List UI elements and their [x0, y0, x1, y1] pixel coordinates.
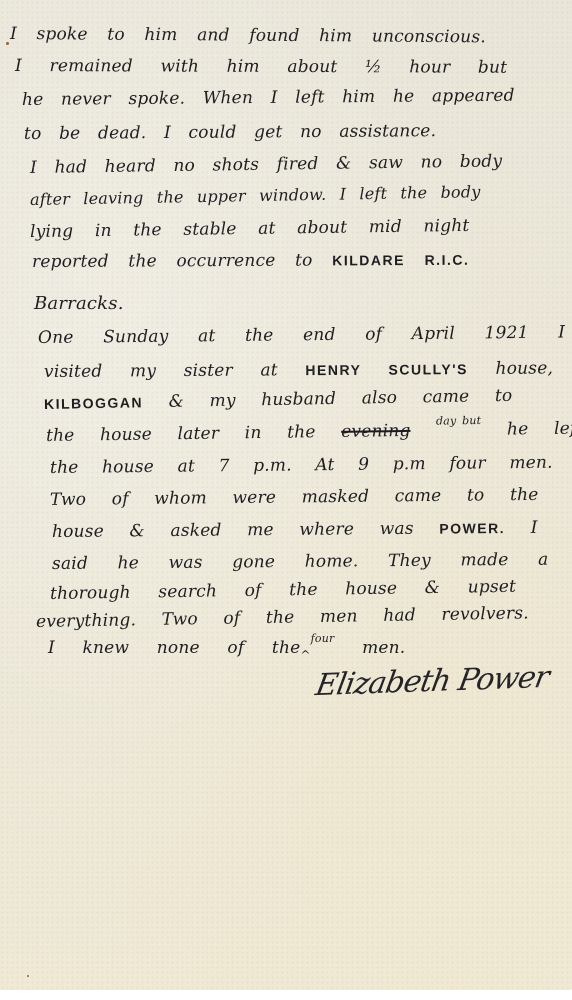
line-text: & my husband also came to — [168, 386, 512, 412]
person-name: POWER. — [439, 520, 505, 537]
statement-line: I knew none of the^four men. — [48, 638, 405, 658]
signature: Elizabeth Power — [313, 660, 552, 703]
statement-line: everything. Two of the men had revolvers… — [36, 603, 529, 632]
statement-line: the house at 7 p.m. At 9 p.m four men. — [50, 453, 553, 478]
statement-line: said he was gone home. They made a — [52, 550, 549, 574]
statement-line: Two of whom were masked came to the — [50, 485, 539, 510]
line-text: visited my sister at — [44, 360, 278, 382]
document-page: I spoke to him and found him unconscious… — [0, 0, 572, 990]
organization-name: R.I.C. — [424, 252, 469, 268]
line-text: house, — [495, 358, 553, 378]
person-name: HENRY SCULLY'S — [305, 361, 468, 378]
statement-line: thorough search of the house & upset — [50, 577, 516, 604]
ink-speck — [27, 975, 29, 977]
ink-speck — [6, 42, 9, 45]
line-text: reported the occurrence to — [32, 251, 313, 272]
statement-line: after leaving the upper window. I left t… — [30, 182, 481, 209]
struck-word: evening — [341, 421, 411, 442]
statement-line: he never spoke. When I left him he appea… — [22, 86, 515, 110]
statement-line: house & asked me where was POWER. I — [52, 518, 538, 542]
line-text: the house later in the — [46, 422, 316, 446]
statement-line: lying in the stable at about mid night — [30, 216, 470, 242]
statement-line: visited my sister at HENRY SCULLY'S hous… — [44, 358, 553, 382]
statement-line: One Sunday at the end of April 1921 I — [38, 322, 565, 348]
statement-line: Barracks. — [34, 293, 124, 314]
insertion-caret: ^ — [300, 648, 310, 662]
line-text: men. — [362, 638, 405, 658]
statement-line: the house later in the evening day but h… — [46, 418, 572, 446]
place-name: KILDARE — [332, 252, 405, 268]
statement-line: to be dead. I could get no assistance. — [24, 121, 436, 144]
place-name: KILBOGGAN — [44, 394, 143, 412]
line-text: I — [531, 518, 538, 538]
line-text: he left — [507, 418, 572, 439]
statement-line: I remained with him about ½ hour but — [15, 56, 507, 78]
statement-line: I spoke to him and found him unconscious… — [10, 24, 486, 47]
inserted-words: day but — [436, 414, 481, 428]
statement-line: KILBOGGAN & my husband also came to — [44, 386, 513, 414]
statement-line: I had heard no shots fired & saw no body — [30, 151, 502, 178]
inserted-words: four — [311, 632, 335, 645]
line-text: house & asked me where was — [52, 519, 414, 542]
statement-line: reported the occurrence to KILDARE R.I.C… — [32, 250, 469, 272]
line-text: I knew none of the — [48, 638, 300, 658]
